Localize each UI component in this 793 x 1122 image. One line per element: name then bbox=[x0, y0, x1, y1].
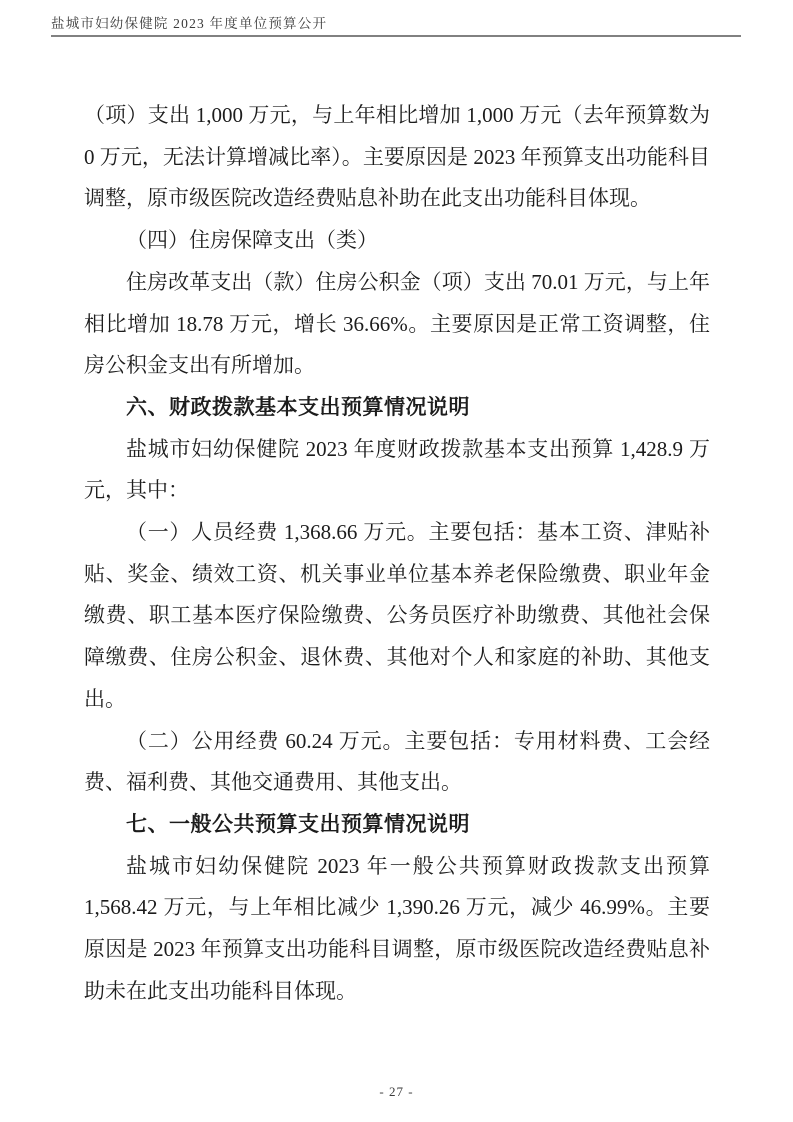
header-title: 盐城市妇幼保健院 2023 年度单位预算公开 bbox=[51, 16, 327, 31]
page-footer: - 27 - bbox=[0, 1084, 793, 1100]
paragraph: （项）支出 1,000 万元，与上年相比增加 1,000 万元（去年预算数为 0… bbox=[84, 95, 710, 220]
document-page: 盐城市妇幼保健院 2023 年度单位预算公开 （项）支出 1,000 万元，与上… bbox=[0, 0, 793, 1122]
paragraph: 盐城市妇幼保健院 2023 年度财政拨款基本支出预算 1,428.9 万元，其中… bbox=[84, 429, 710, 512]
paragraph: （一）人员经费 1,368.66 万元。主要包括：基本工资、津贴补贴、奖金、绩效… bbox=[84, 512, 710, 721]
paragraph: （四）住房保障支出（类） bbox=[84, 220, 710, 262]
section-heading: 六、财政拨款基本支出预算情况说明 bbox=[84, 387, 710, 429]
page-header: 盐城市妇幼保健院 2023 年度单位预算公开 bbox=[51, 12, 741, 37]
paragraph: 住房改革支出（款）住房公积金（项）支出 70.01 万元，与上年相比增加 18.… bbox=[84, 262, 710, 387]
section-heading: 七、一般公共预算支出预算情况说明 bbox=[84, 804, 710, 846]
page-number: - 27 - bbox=[379, 1084, 413, 1099]
document-body: （项）支出 1,000 万元，与上年相比增加 1,000 万元（去年预算数为 0… bbox=[84, 95, 710, 1012]
paragraph: 盐城市妇幼保健院 2023 年一般公共预算财政拨款支出预算 1,568.42 万… bbox=[84, 846, 710, 1013]
paragraph: （二）公用经费 60.24 万元。主要包括：专用材料费、工会经费、福利费、其他交… bbox=[84, 721, 710, 804]
